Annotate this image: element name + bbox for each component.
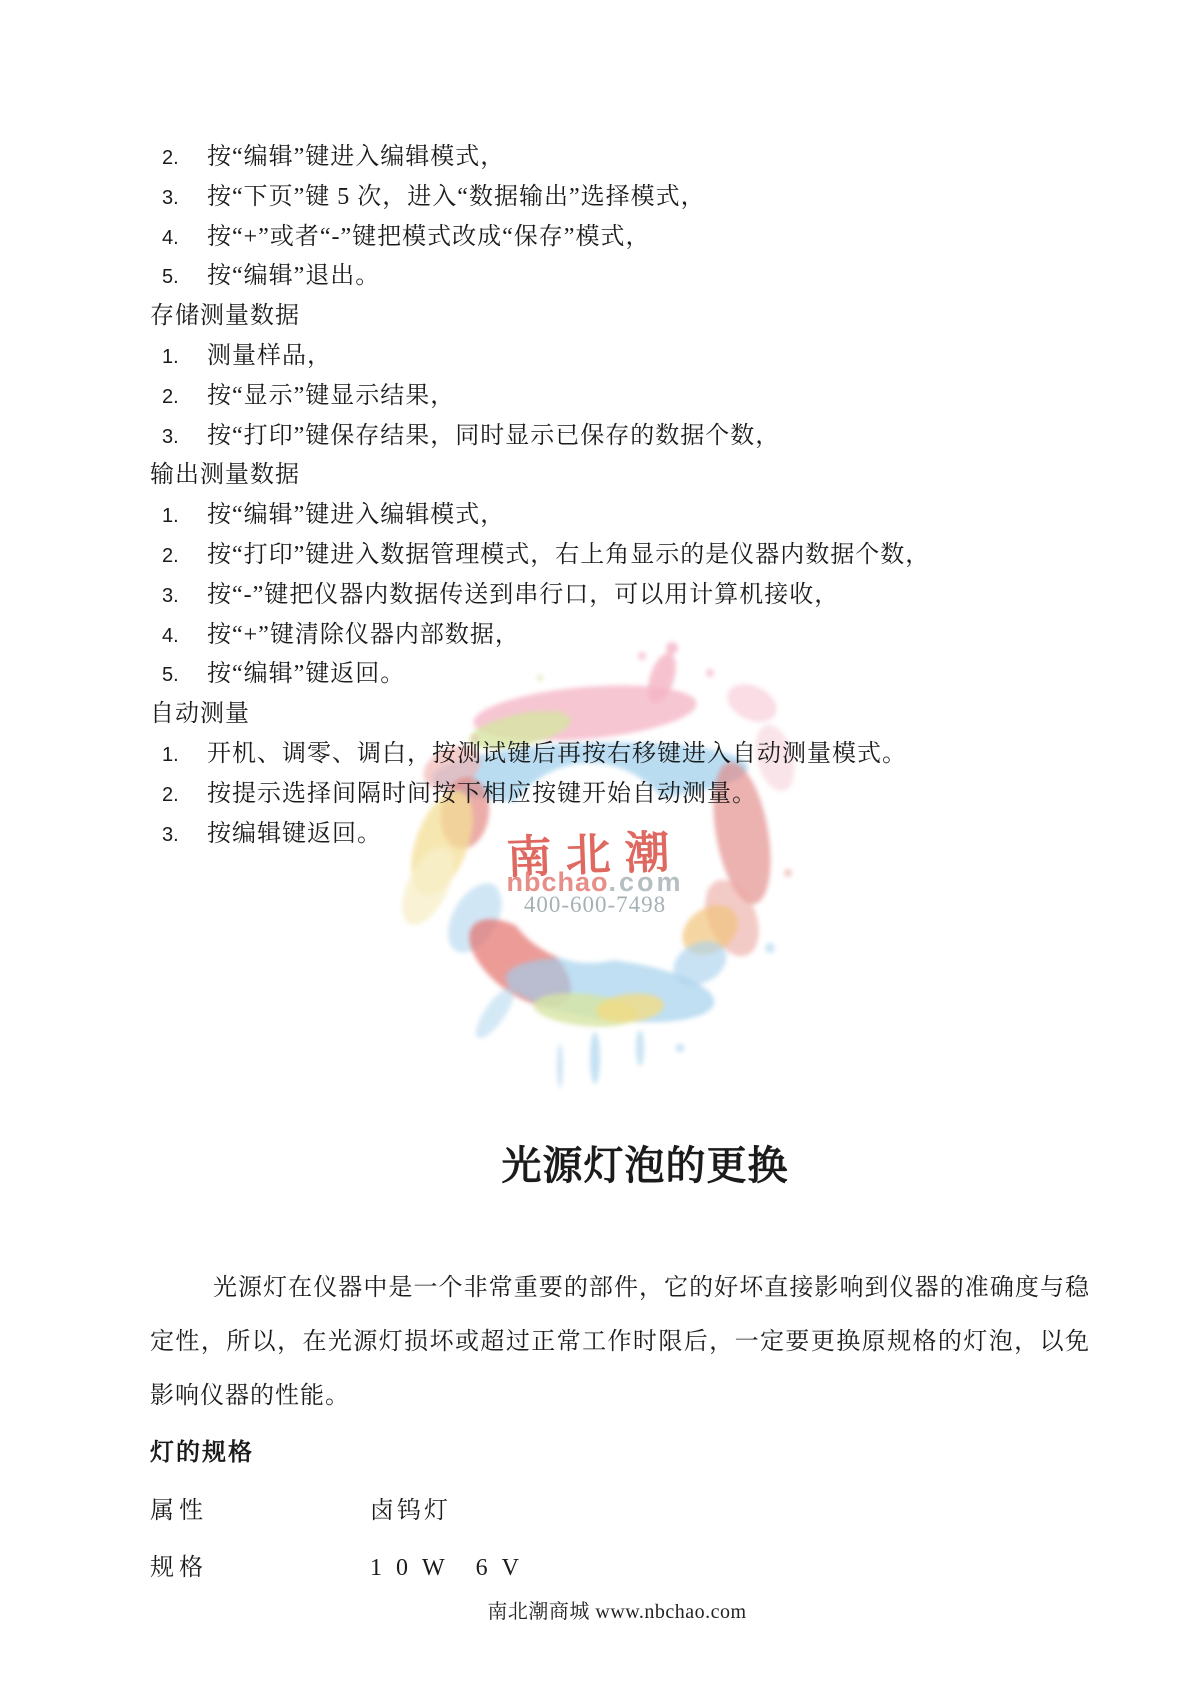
list-item-text: 按“+”或者“-”键把模式改成“保存”模式， bbox=[207, 224, 650, 250]
spec-row-rating: 规格10W6V bbox=[150, 1547, 533, 1582]
list-item-text: 按“编辑”键进入编辑模式， bbox=[207, 502, 505, 528]
section-title: 光源灯泡的更换 bbox=[150, 1134, 1140, 1191]
list-item-text: 按“下页”键 5 次，进入“数据输出”选择模式， bbox=[207, 184, 706, 210]
list-item: 5.按“编辑”键返回。 bbox=[150, 655, 930, 695]
page-footer: 南北潮商城 www.nbchao.com bbox=[0, 1595, 1200, 1624]
list-item: 1.开机、调零、调白，按测试键后再按右移键进入自动测量模式。 bbox=[150, 735, 930, 775]
list-item: 2.按“打印”键进入数据管理模式，右上角显示的是仪器内数据个数， bbox=[150, 536, 930, 576]
paragraph-line: 影响仪器的性能。 bbox=[150, 1369, 1090, 1423]
spec-value: 10W6V bbox=[370, 1555, 533, 1581]
list-item: 3.按“下页”键 5 次，进入“数据输出”选择模式， bbox=[150, 178, 930, 218]
list-item-text: 按“编辑”退出。 bbox=[207, 263, 380, 289]
list-subheading-text: 存储测量数据 bbox=[150, 303, 300, 329]
list-subheading: 输出测量数据 bbox=[150, 456, 930, 496]
list-item-text: 测量样品， bbox=[207, 343, 332, 369]
list-item: 2.按提示选择间隔时间按下相应按键开始自动测量。 bbox=[150, 775, 930, 815]
list-item: 3.按编辑键返回。 bbox=[150, 815, 930, 855]
list-item-number: 1. bbox=[162, 497, 179, 537]
list-item-text: 按“编辑”键进入编辑模式， bbox=[207, 144, 505, 170]
list-item-text: 按“-”键把仪器内数据传送到串行口，可以用计算机接收， bbox=[207, 582, 839, 608]
spec-value-power: 10W bbox=[370, 1555, 459, 1581]
list-item-text: 按“显示”键显示结果， bbox=[207, 383, 455, 409]
list-subheading-text: 输出测量数据 bbox=[150, 462, 300, 488]
list-item-number: 5. bbox=[162, 656, 179, 696]
spec-label: 规格 bbox=[150, 1547, 370, 1582]
list-item-text: 按“编辑”键返回。 bbox=[207, 661, 405, 687]
list-item-number: 3. bbox=[162, 179, 179, 219]
list-item: 2.按“编辑”键进入编辑模式， bbox=[150, 138, 930, 178]
list-item-text: 按“打印”键进入数据管理模式，右上角显示的是仪器内数据个数， bbox=[207, 542, 930, 568]
procedure-list: 2.按“编辑”键进入编辑模式， 3.按“下页”键 5 次，进入“数据输出”选择模… bbox=[150, 138, 930, 854]
list-item-text: 按“打印”键保存结果，同时显示已保存的数据个数， bbox=[207, 423, 780, 449]
list-item-number: 2. bbox=[162, 378, 179, 418]
manual-page: 南北潮 nbchao.com 400-600-7498 2.按“编辑”键进入编辑… bbox=[0, 0, 1200, 1704]
page-content: 2.按“编辑”键进入编辑模式， 3.按“下页”键 5 次，进入“数据输出”选择模… bbox=[0, 0, 1200, 1704]
paragraph-line: 光源灯在仪器中是一个非常重要的部件，它的好坏直接影响到仪器的准确度与稳 bbox=[150, 1261, 1090, 1315]
list-subheading: 存储测量数据 bbox=[150, 297, 930, 337]
list-subheading-text: 自动测量 bbox=[150, 701, 250, 727]
list-item-number: 1. bbox=[162, 338, 179, 378]
list-item-number: 5. bbox=[162, 258, 179, 298]
paragraph-line: 定性，所以，在光源灯损坏或超过正常工作时限后，一定要更换原规格的灯泡，以免 bbox=[150, 1315, 1090, 1369]
list-item-text: 按编辑键返回。 bbox=[207, 821, 382, 847]
spec-label: 属性 bbox=[150, 1490, 370, 1525]
spec-value: 卤钨灯 bbox=[370, 1498, 451, 1524]
list-item-text: 按提示选择间隔时间按下相应按键开始自动测量。 bbox=[207, 781, 757, 807]
list-item-number: 3. bbox=[162, 418, 179, 458]
list-item: 1.按“编辑”键进入编辑模式， bbox=[150, 496, 930, 536]
list-item-text: 开机、调零、调白，按测试键后再按右移键进入自动测量模式。 bbox=[207, 741, 907, 767]
list-item-number: 1. bbox=[162, 736, 179, 776]
list-item: 4.按“+”键清除仪器内部数据， bbox=[150, 616, 930, 656]
list-item-text: 按“+”键清除仪器内部数据， bbox=[207, 622, 520, 648]
list-item: 5.按“编辑”退出。 bbox=[150, 257, 930, 297]
list-item: 2.按“显示”键显示结果， bbox=[150, 377, 930, 417]
list-item: 3.按“-”键把仪器内数据传送到串行口，可以用计算机接收， bbox=[150, 576, 930, 616]
list-subheading: 自动测量 bbox=[150, 695, 930, 735]
list-item-number: 2. bbox=[162, 139, 179, 179]
list-item-number: 4. bbox=[162, 617, 179, 657]
body-paragraph: 光源灯在仪器中是一个非常重要的部件，它的好坏直接影响到仪器的准确度与稳 定性，所… bbox=[150, 1261, 1090, 1423]
list-item: 4.按“+”或者“-”键把模式改成“保存”模式， bbox=[150, 218, 930, 258]
list-item-number: 4. bbox=[162, 219, 179, 259]
list-item-number: 2. bbox=[162, 776, 179, 816]
spec-row-attribute: 属性卤钨灯 bbox=[150, 1490, 451, 1525]
list-item: 1.测量样品， bbox=[150, 337, 930, 377]
list-item-number: 3. bbox=[162, 577, 179, 617]
list-item: 3.按“打印”键保存结果，同时显示已保存的数据个数， bbox=[150, 417, 930, 457]
spec-section-title: 灯的规格 bbox=[150, 1432, 254, 1467]
list-item-number: 2. bbox=[162, 537, 179, 577]
spec-value-voltage: 6V bbox=[476, 1555, 533, 1581]
list-item-number: 3. bbox=[162, 816, 179, 856]
